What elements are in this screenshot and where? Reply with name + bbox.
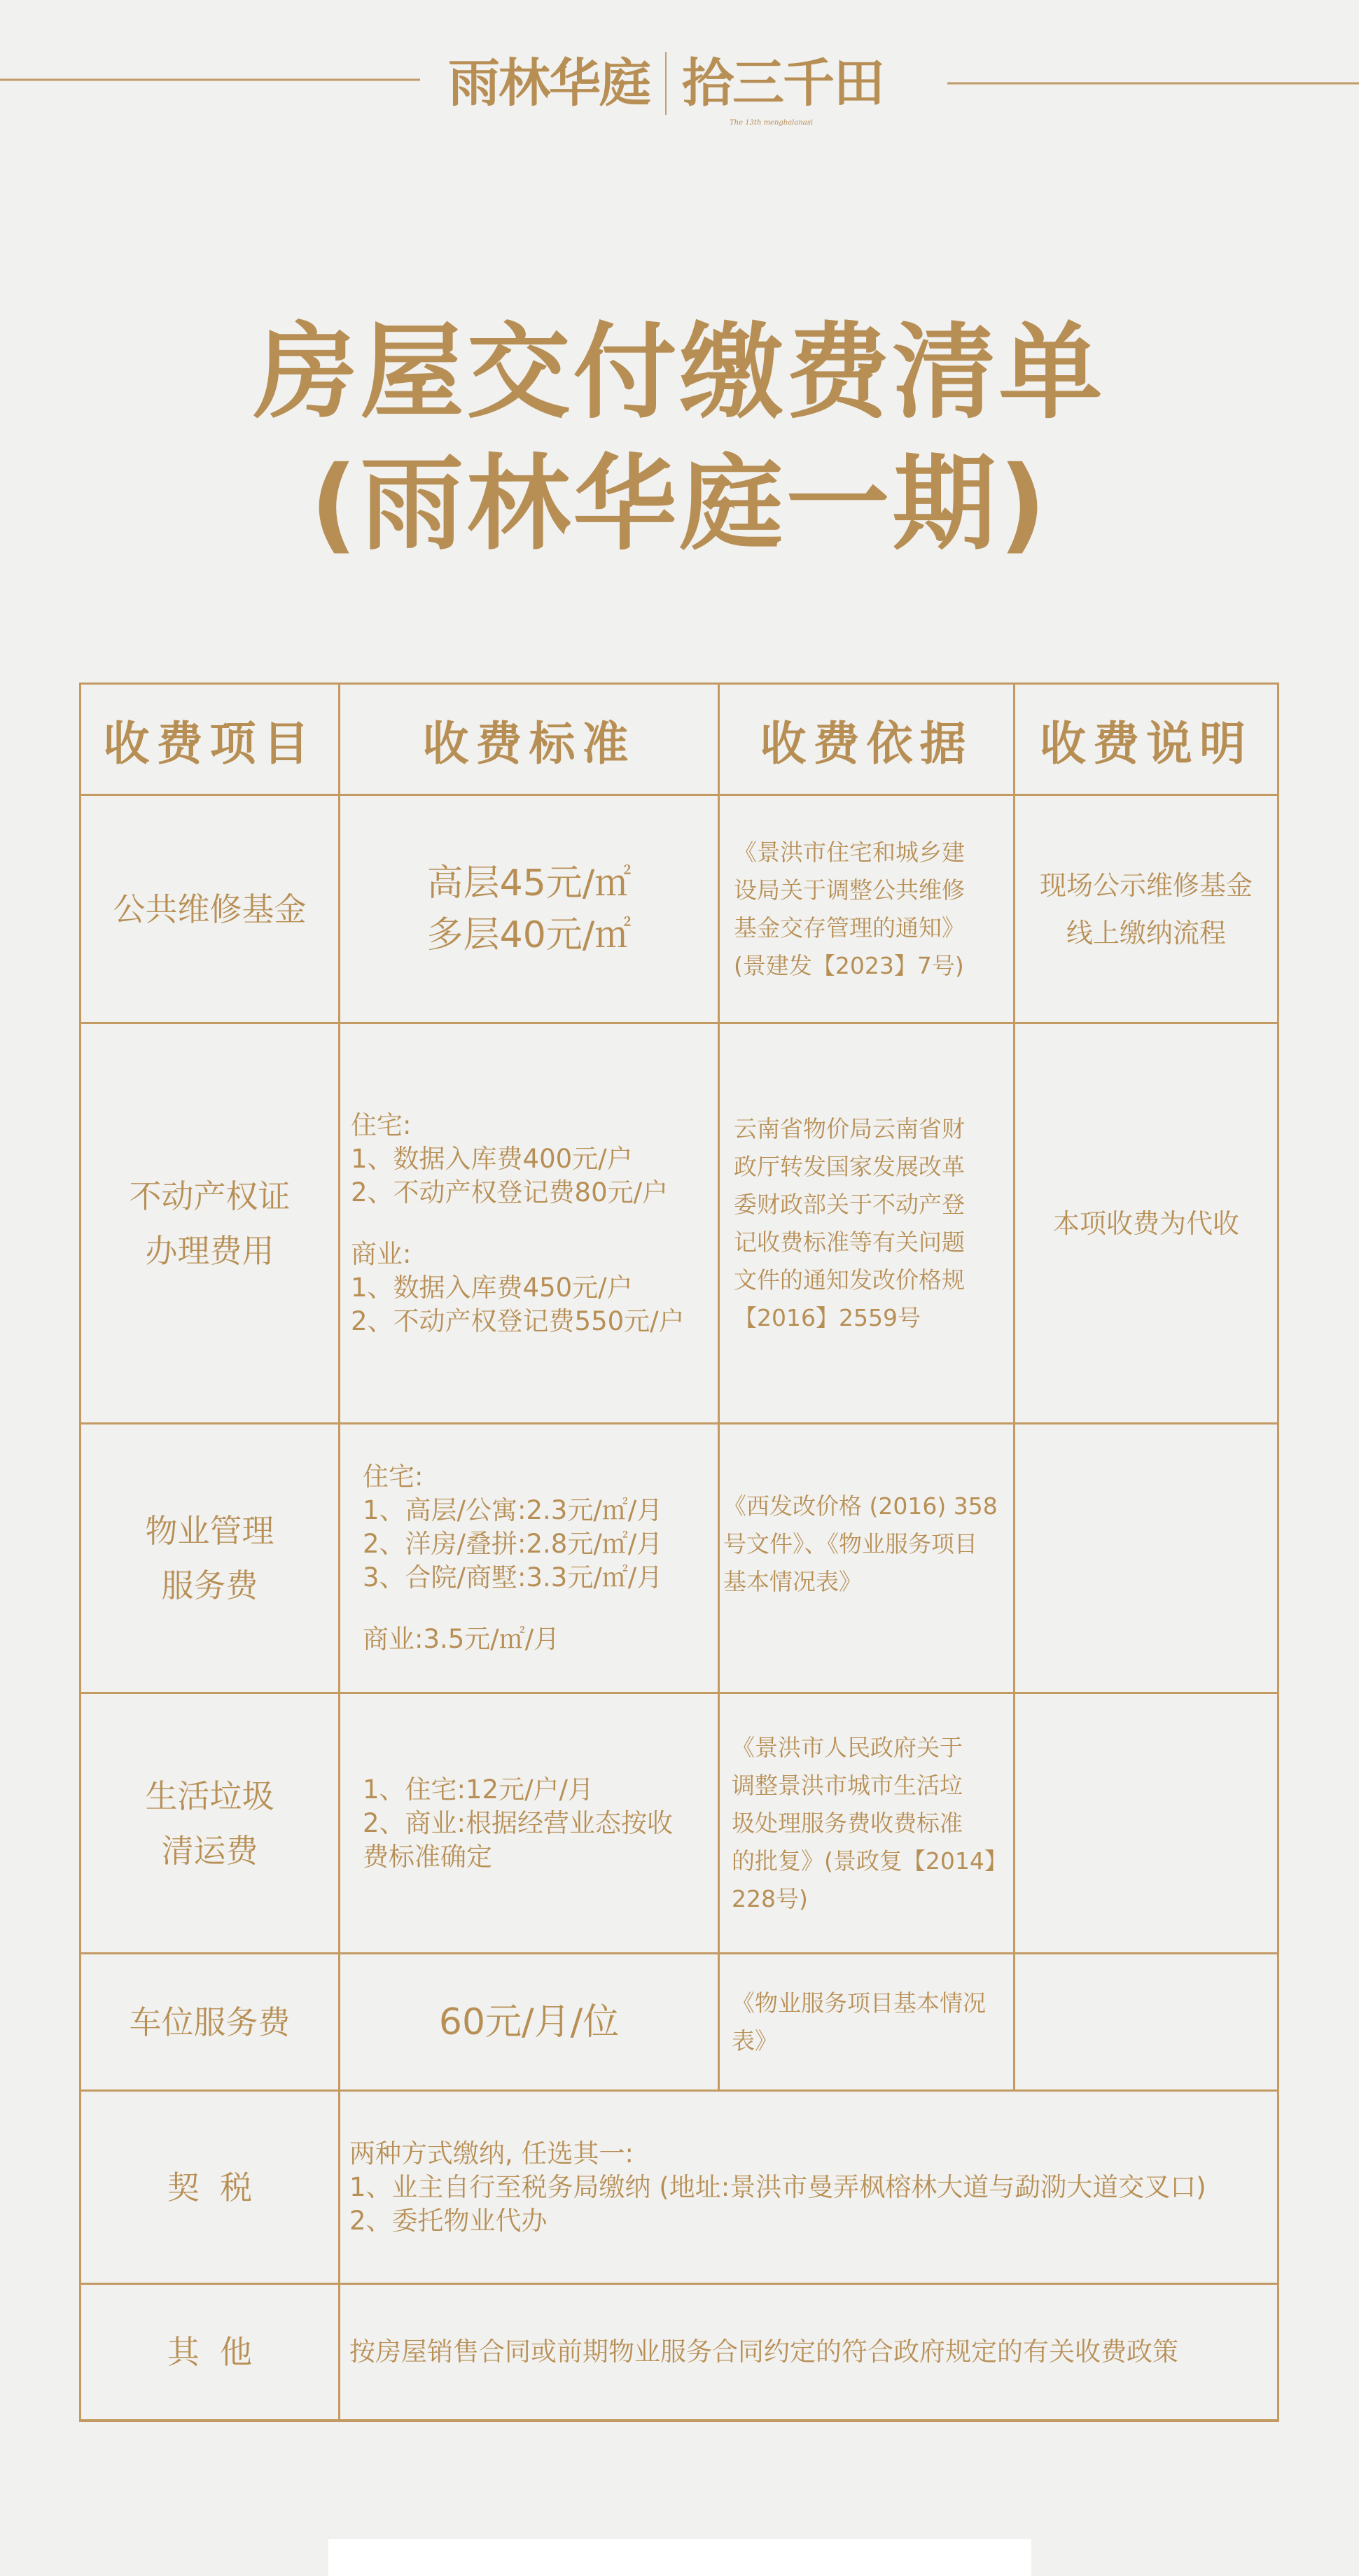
page-subtitle: (雨林华庭一期) xyxy=(0,448,1359,560)
column-header-note: 收费说明 xyxy=(1015,685,1277,794)
standard-line: 2、不动产权登记费80元/户 xyxy=(351,1176,685,1210)
basis-line: 的批复》(景政复【2014】 xyxy=(732,1842,1008,1880)
basis-line: 政厅转发国家发展改革 xyxy=(734,1148,965,1186)
standard-group-heading: 住宅: xyxy=(351,1109,685,1142)
basis-line: (景建发【2023】7号) xyxy=(734,947,965,985)
fee-item-deed-tax: 契 税 xyxy=(81,2092,338,2283)
table-border-right xyxy=(1277,682,1279,2421)
header-rule-left xyxy=(0,78,420,81)
basis-line: 《物业服务项目基本情况 xyxy=(732,1984,986,2022)
standard-group-heading: 住宅: xyxy=(363,1460,662,1494)
basis-line: 调整景洪市城市生活垃 xyxy=(732,1767,1008,1805)
note-line: 现场公示维修基金 xyxy=(1040,862,1253,909)
basis-line: 表》 xyxy=(732,2022,986,2060)
detail-line: 两种方式缴纳, 任选其一: xyxy=(349,2137,1206,2171)
fee-item-label: 服务费 xyxy=(146,1558,274,1613)
fee-standard-maintenance-fund: 高层45元/㎡ 多层40元/㎡ xyxy=(340,796,718,1022)
bottom-panel xyxy=(328,2539,1031,2576)
fee-basis-maintenance-fund: 《景洪市住宅和城乡建 设局关于调整公共维修 基金交存管理的通知》 (景建发【20… xyxy=(734,796,1013,1022)
standard-line: 1、高层/公寓:2.3元/㎡/月 xyxy=(363,1494,662,1527)
standard-line: 2、洋房/叠拼:2.8元/㎡/月 xyxy=(363,1527,662,1561)
basis-line: 记收费标准等有关问题 xyxy=(734,1224,965,1261)
basis-line: 委财政部关于不动产登 xyxy=(734,1186,965,1224)
fee-item-label: 生活垃圾 xyxy=(146,1769,274,1823)
standard-line: 60元/月/位 xyxy=(439,1996,619,2048)
fee-basis-garbage-removal: 《景洪市人民政府关于 调整景洪市城市生活垃 圾处理服务费收费标准 的批复》(景政… xyxy=(732,1694,1013,1952)
fee-standard-property-certificate: 住宅: 1、数据入库费400元/户 2、不动产权登记费80元/户 商业: 1、数… xyxy=(351,1024,718,1422)
standard-line: 1、数据入库费450元/户 xyxy=(351,1271,685,1305)
basis-line: 号文件》、《物业服务项目 xyxy=(723,1525,998,1563)
fee-item-parking: 车位服务费 xyxy=(81,1954,338,2089)
fee-item-label: 车位服务费 xyxy=(130,1995,291,2050)
column-header-standard: 收费标准 xyxy=(340,685,718,794)
fee-item-label: 契 税 xyxy=(167,2160,252,2215)
page-title: 房屋交付缴费清单 xyxy=(0,316,1359,428)
standard-group-heading: 商业: xyxy=(351,1238,685,1271)
fee-basis-property-management: 《西发改价格 (2016) 358 号文件》、《物业服务项目 基本情况表》 xyxy=(723,1424,1013,1692)
standard-line: 1、数据入库费400元/户 xyxy=(351,1142,685,1176)
fee-basis-parking: 《物业服务项目基本情况 表》 xyxy=(732,1954,1013,2089)
basis-line: 228号) xyxy=(732,1880,1008,1918)
fee-item-label: 公共维修基金 xyxy=(113,882,307,937)
detail-line: 1、业主自行至税务局缴纳 (地址:景洪市曼弄枫榕林大道与勐泐大道交叉口) xyxy=(349,2171,1206,2204)
basis-line: 基本情况表》 xyxy=(723,1563,998,1601)
sub-brand: 拾三千田 The 13th mengbalanasi xyxy=(682,57,884,109)
fee-note-property-certificate: 本项收费为代收 xyxy=(1015,1024,1277,1422)
fee-standard-parking: 60元/月/位 xyxy=(340,1954,718,2089)
standard-line: 2、商业:根据经营业态按收 xyxy=(363,1807,673,1840)
brand-logo: 雨林华庭 拾三千田 The 13th mengbalanasi xyxy=(448,45,884,122)
fee-detail-other: 按房屋销售合同或前期物业服务合同约定的符合政府规定的有关收费政策 xyxy=(349,2285,1277,2419)
fee-note-maintenance-fund: 现场公示维修基金 线上缴纳流程 xyxy=(1015,796,1277,1022)
fee-item-label: 不动产权证 xyxy=(130,1169,291,1224)
fee-item-label: 办理费用 xyxy=(130,1224,291,1278)
standard-line: 高层45元/㎡ xyxy=(427,857,632,909)
standard-line: 3、合院/商墅:3.3元/㎡/月 xyxy=(363,1561,662,1595)
standard-line: 费标准确定 xyxy=(363,1840,673,1874)
fee-item-property-management: 物业管理 服务费 xyxy=(81,1424,338,1692)
column-header-basis: 收费依据 xyxy=(720,685,1013,794)
fee-item-other: 其 他 xyxy=(81,2285,338,2419)
standard-line: 商业:3.5元/㎡/月 xyxy=(363,1623,662,1656)
detail-line: 2、委托物业代办 xyxy=(349,2204,1206,2238)
basis-line: 【2016】2559号 xyxy=(734,1299,965,1337)
fee-item-maintenance-fund: 公共维修基金 xyxy=(81,796,338,1022)
fee-item-property-certificate: 不动产权证 办理费用 xyxy=(81,1024,338,1422)
fee-item-garbage-removal: 生活垃圾 清运费 xyxy=(81,1694,338,1952)
sub-brand-tagline: The 13th mengbalanasi xyxy=(730,119,813,127)
standard-line: 多层40元/㎡ xyxy=(427,909,632,961)
basis-line: 文件的通知发改价格规 xyxy=(734,1261,965,1299)
basis-line: 《景洪市人民政府关于 xyxy=(732,1729,1008,1767)
fee-item-label: 其 他 xyxy=(167,2325,252,2379)
fee-note-parking xyxy=(1015,1954,1277,2089)
fee-item-label: 物业管理 xyxy=(146,1504,274,1558)
header-rule-right xyxy=(947,82,1359,85)
column-header-item: 收费项目 xyxy=(81,685,338,794)
fee-table: 收费项目 收费标准 收费依据 收费说明 公共维修基金 高层45元/㎡ 多层40元… xyxy=(79,682,1279,2421)
brand-name: 雨林华庭 xyxy=(448,57,650,109)
table-border-bottom xyxy=(79,2419,1279,2422)
basis-line: 设局关于调整公共维修 xyxy=(734,871,965,909)
note-line: 本项收费为代收 xyxy=(1053,1200,1239,1247)
fee-note-property-management xyxy=(1015,1424,1277,1692)
basis-line: 基金交存管理的通知》 xyxy=(734,909,965,947)
fee-standard-property-management: 住宅: 1、高层/公寓:2.3元/㎡/月 2、洋房/叠拼:2.8元/㎡/月 3、… xyxy=(363,1424,718,1692)
fee-standard-garbage-removal: 1、住宅:12元/户/月 2、商业:根据经营业态按收 费标准确定 xyxy=(363,1694,718,1952)
logo-divider xyxy=(665,52,667,115)
fee-item-label: 清运费 xyxy=(146,1823,274,1878)
logo-header: 雨林华庭 拾三千田 The 13th mengbalanasi xyxy=(0,0,1359,161)
fee-note-garbage-removal xyxy=(1015,1694,1277,1952)
standard-line: 1、住宅:12元/户/月 xyxy=(363,1773,673,1807)
basis-line: 《西发改价格 (2016) 358 xyxy=(723,1487,998,1525)
note-line: 线上缴纳流程 xyxy=(1040,909,1253,957)
sub-brand-name: 拾三千田 xyxy=(682,53,884,113)
basis-line: 《景洪市住宅和城乡建 xyxy=(734,834,965,871)
fee-basis-property-certificate: 云南省物价局云南省财 政厅转发国家发展改革 委财政部关于不动产登 记收费标准等有… xyxy=(734,1024,1013,1422)
basis-line: 云南省物价局云南省财 xyxy=(734,1110,965,1148)
basis-line: 圾处理服务费收费标准 xyxy=(732,1805,1008,1842)
detail-line: 按房屋销售合同或前期物业服务合同约定的符合政府规定的有关收费政策 xyxy=(349,2335,1178,2369)
col-divider xyxy=(718,682,720,2089)
fee-detail-deed-tax: 两种方式缴纳, 任选其一: 1、业主自行至税务局缴纳 (地址:景洪市曼弄枫榕林大… xyxy=(349,2092,1277,2283)
standard-line: 2、不动产权登记费550元/户 xyxy=(351,1305,685,1338)
